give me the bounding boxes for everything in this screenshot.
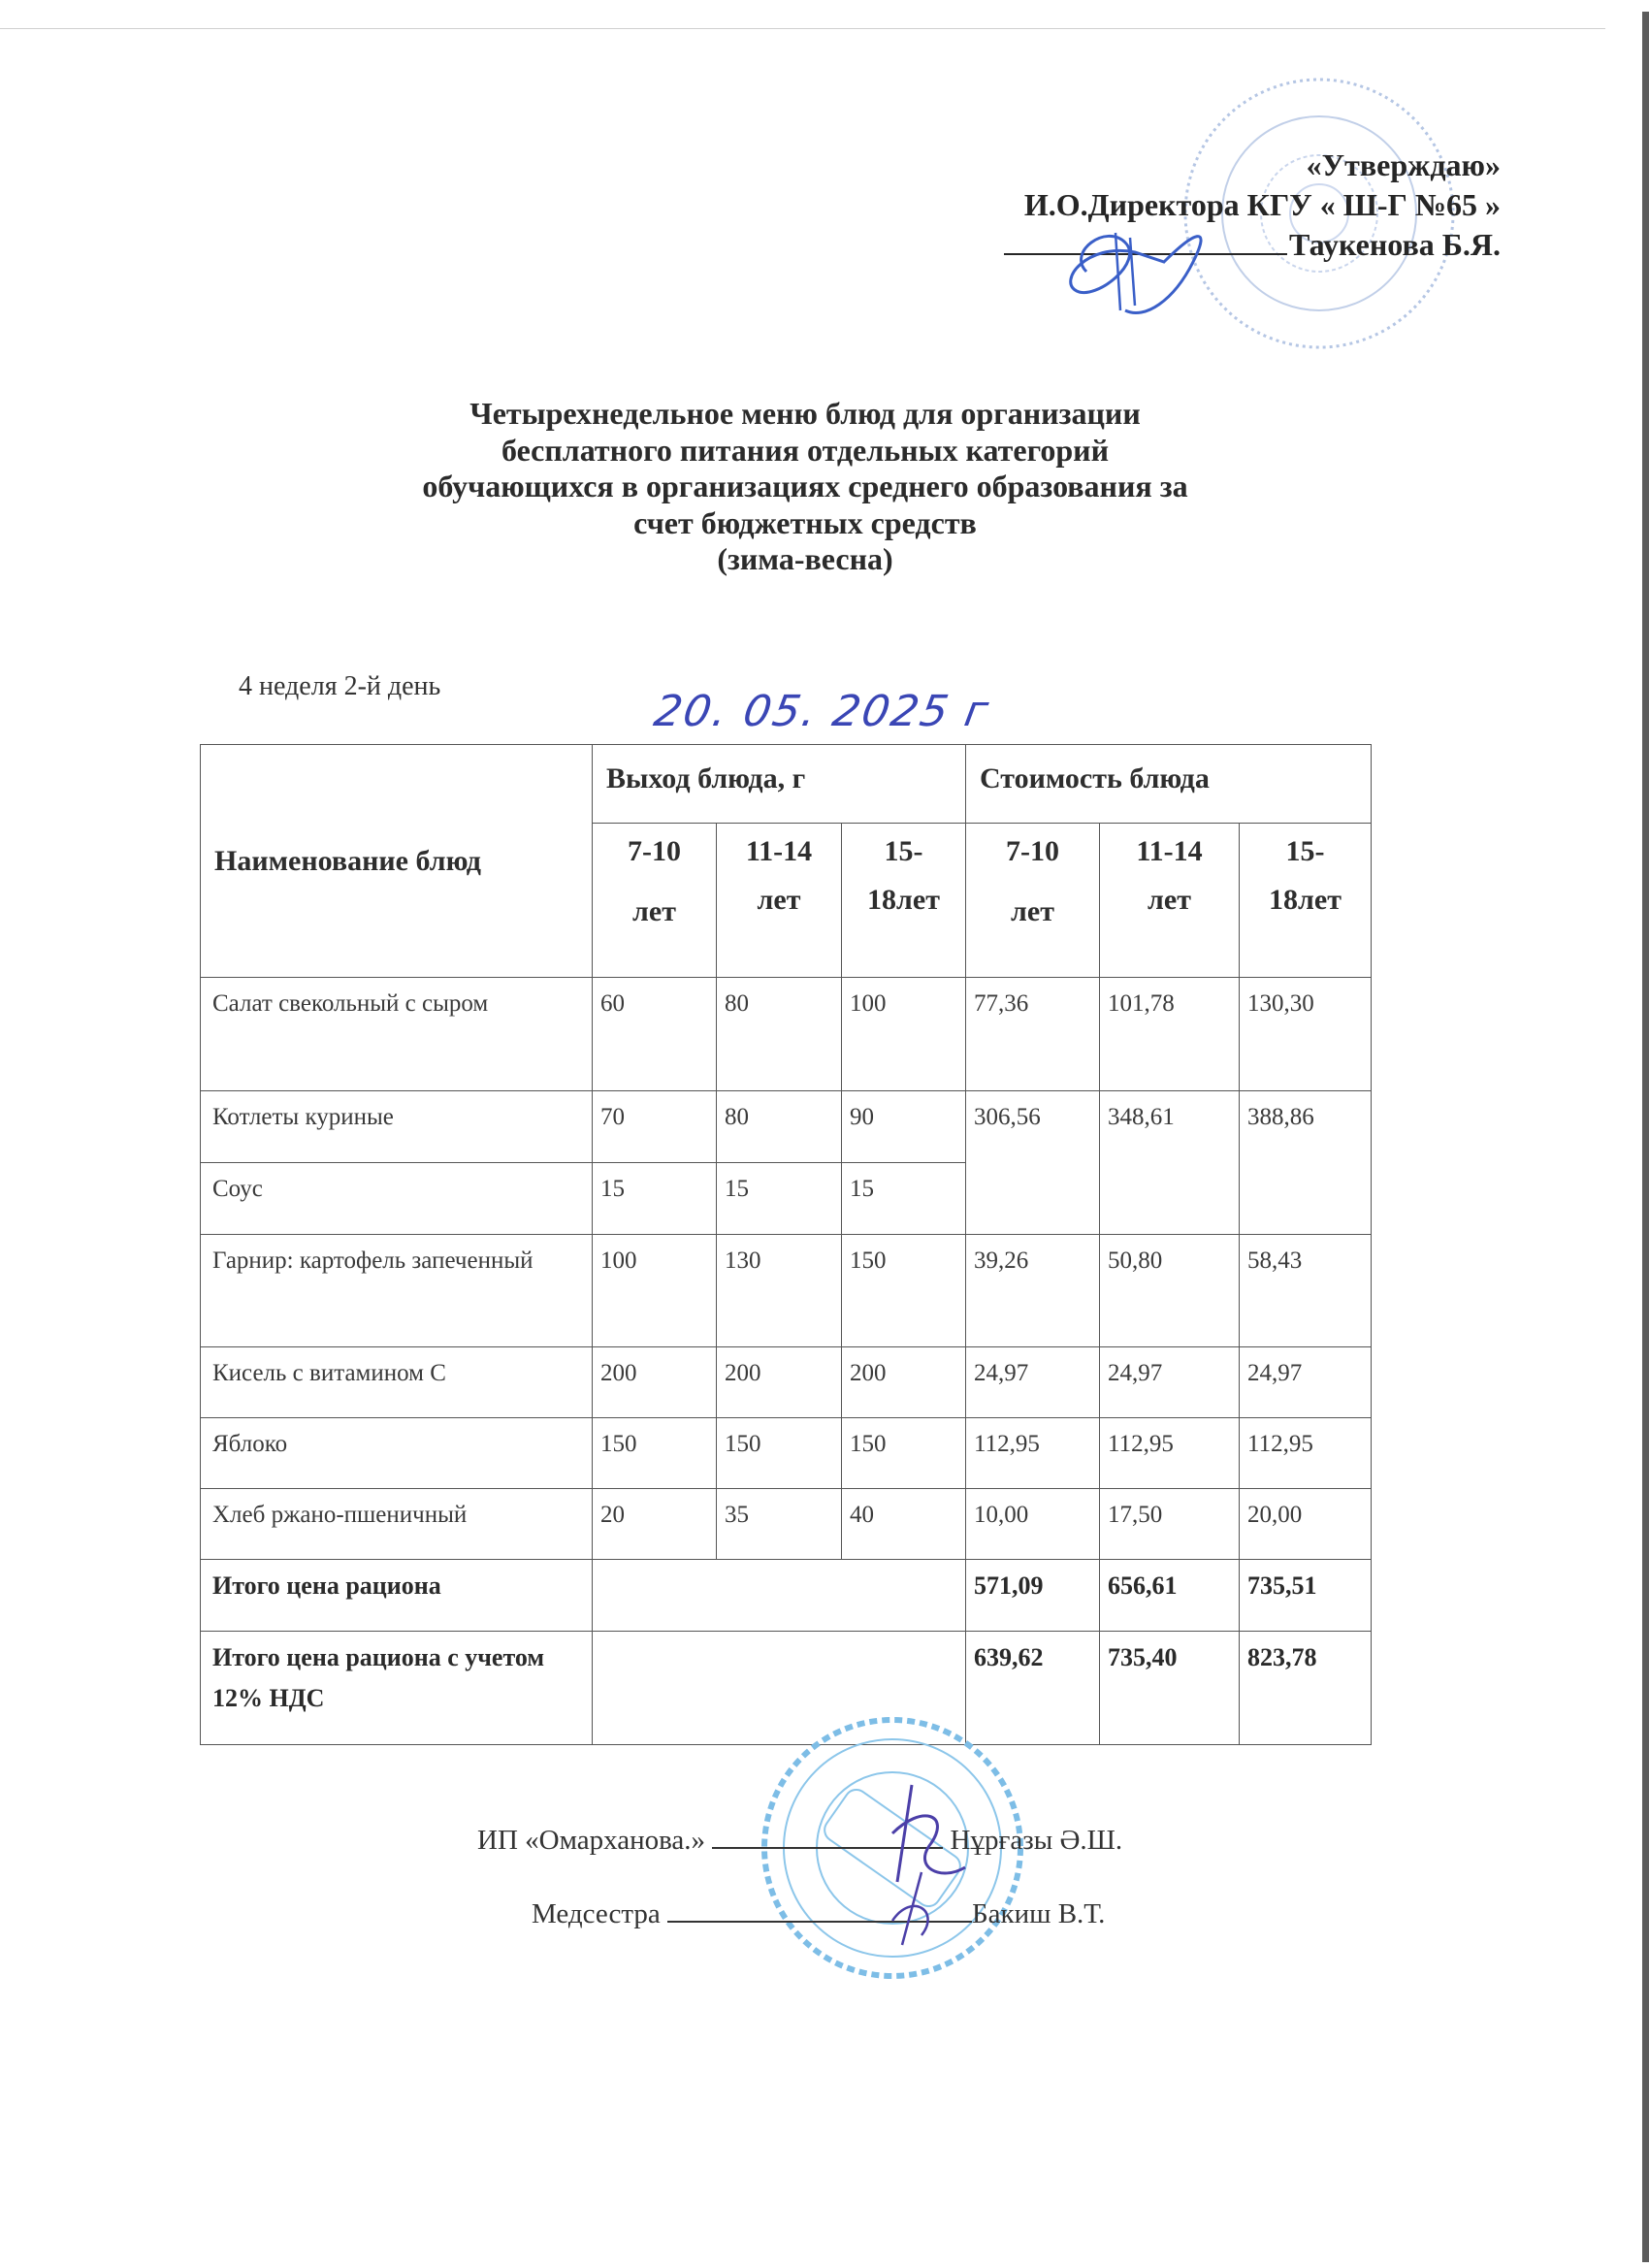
title-line: счет бюджетных средств	[320, 505, 1290, 542]
yield-cell: 150	[593, 1418, 717, 1489]
column-header-name: Наименование блюд	[201, 745, 593, 978]
cost-cell: 24,97	[966, 1347, 1100, 1418]
cost-cell: 58,43	[1240, 1235, 1372, 1347]
column-group-cost: Стоимость блюда	[966, 745, 1372, 824]
total-vat-cost-cell: 639,62	[966, 1632, 1100, 1745]
cost-cell: 112,95	[1100, 1418, 1240, 1489]
total-vat-cost-cell: 823,78	[1240, 1632, 1372, 1745]
column-header-cost-15-18: 15-18лет	[1240, 824, 1372, 978]
scan-top-rule	[0, 28, 1605, 29]
approval-position: И.О.Директора КГУ « Ш-Г №65 »	[1004, 185, 1501, 225]
table-header-row: Наименование блюд Выход блюда, г Стоимос…	[201, 745, 1372, 824]
yield-cell: 40	[842, 1489, 966, 1560]
cost-cell: 50,80	[1100, 1235, 1240, 1347]
title-season: (зима-весна)	[320, 541, 1290, 578]
column-header-cost-7-10: 7-10лет	[966, 824, 1100, 978]
yield-cell: 90	[842, 1091, 966, 1163]
total-cost-cell: 656,61	[1100, 1560, 1240, 1632]
cost-cell: 39,26	[966, 1235, 1100, 1347]
cost-cell: 10,00	[966, 1489, 1100, 1560]
yield-cell: 130	[717, 1235, 842, 1347]
yield-cell: 80	[717, 1091, 842, 1163]
yield-cell: 150	[842, 1418, 966, 1489]
signature-line	[667, 1894, 972, 1923]
cost-cell-merged: 306,56	[966, 1091, 1100, 1235]
cost-cell-merged: 348,61	[1100, 1091, 1240, 1235]
cost-cell: 101,78	[1100, 978, 1240, 1091]
column-header-yield-7-10: 7-10лет	[593, 824, 717, 978]
dish-name: Соус	[201, 1163, 593, 1235]
menu-table: Наименование блюд Выход блюда, г Стоимос…	[200, 744, 1372, 1745]
yield-cell: 70	[593, 1091, 717, 1163]
total-vat-yield-empty	[593, 1632, 966, 1745]
table-row: Котлеты куриные 70 80 90 306,56 348,61 3…	[201, 1091, 1372, 1163]
supplier-label: ИП «Омарханова.»	[477, 1825, 705, 1856]
signature-line	[1004, 226, 1287, 255]
cost-cell: 112,95	[1240, 1418, 1372, 1489]
yield-cell: 150	[717, 1418, 842, 1489]
yield-cell: 150	[842, 1235, 966, 1347]
dish-name: Котлеты куриные	[201, 1091, 593, 1163]
yield-cell: 200	[717, 1347, 842, 1418]
title-line: Четырехнедельное меню блюд для организац…	[320, 396, 1290, 433]
total-vat-row: Итого цена рациона с учетом 12% НДС 639,…	[201, 1632, 1372, 1745]
cost-cell-merged: 388,86	[1240, 1091, 1372, 1235]
yield-cell: 200	[842, 1347, 966, 1418]
yield-cell: 100	[842, 978, 966, 1091]
supplier-name: Нұрғазы Ә.Ш.	[951, 1825, 1123, 1856]
column-header-yield-11-14: 11-14лет	[717, 824, 842, 978]
yield-cell: 200	[593, 1347, 717, 1418]
yield-cell: 35	[717, 1489, 842, 1560]
yield-cell: 15	[717, 1163, 842, 1235]
dish-name: Салат свекольный с сыром	[201, 978, 593, 1091]
yield-cell: 15	[593, 1163, 717, 1235]
cost-cell: 112,95	[966, 1418, 1100, 1489]
table-row: Салат свекольный с сыром 60 80 100 77,36…	[201, 978, 1372, 1091]
total-label: Итого цена рациона	[201, 1560, 593, 1632]
nurse-label: Медсестра	[532, 1898, 661, 1929]
title-line: обучающихся в организациях среднего обра…	[320, 469, 1290, 505]
total-vat-label: Итого цена рациона с учетом 12% НДС	[201, 1632, 593, 1745]
nurse-name: Бакиш В.Т.	[972, 1898, 1105, 1929]
cost-cell: 24,97	[1100, 1347, 1240, 1418]
approval-signer: Таукенова Б.Я.	[1289, 227, 1501, 262]
approval-block: «Утверждаю» И.О.Директора КГУ « Ш-Г №65 …	[1004, 146, 1501, 265]
yield-cell: 100	[593, 1235, 717, 1347]
table-row: Хлеб ржано-пшеничный 20 35 40 10,00 17,5…	[201, 1489, 1372, 1560]
cost-cell: 77,36	[966, 978, 1100, 1091]
cost-cell: 24,97	[1240, 1347, 1372, 1418]
total-vat-cost-cell: 735,40	[1100, 1632, 1240, 1745]
total-yield-empty	[593, 1560, 966, 1632]
table-row: Яблоко 150 150 150 112,95 112,95 112,95	[201, 1418, 1372, 1489]
column-group-yield: Выход блюда, г	[593, 745, 966, 824]
nurse-signature-row: Медсестра Бакиш В.Т.	[532, 1894, 1105, 1930]
document-title: Четырехнедельное меню блюд для организац…	[320, 396, 1290, 578]
dish-name: Хлеб ржано-пшеничный	[201, 1489, 593, 1560]
cost-cell: 20,00	[1240, 1489, 1372, 1560]
approval-heading: «Утверждаю»	[1004, 146, 1501, 185]
table-row: Гарнир: картофель запеченный 100 130 150…	[201, 1235, 1372, 1347]
dish-name: Гарнир: картофель запеченный	[201, 1235, 593, 1347]
column-header-cost-11-14: 11-14лет	[1100, 824, 1240, 978]
dish-name: Яблоко	[201, 1418, 593, 1489]
cost-cell: 17,50	[1100, 1489, 1240, 1560]
signature-line	[712, 1820, 943, 1849]
handwritten-date: 20. 05. 2025 г	[651, 687, 994, 736]
yield-cell: 20	[593, 1489, 717, 1560]
total-cost-cell: 571,09	[966, 1560, 1100, 1632]
yield-cell: 60	[593, 978, 717, 1091]
yield-cell: 15	[842, 1163, 966, 1235]
supplier-signature-row: ИП «Омарханова.» Нұрғазы Ә.Ш.	[477, 1820, 1122, 1857]
cost-cell: 130,30	[1240, 978, 1372, 1091]
scan-edge-strip	[1642, 12, 1649, 2262]
dish-name: Кисель с витамином С	[201, 1347, 593, 1418]
title-line: бесплатного питания отдельных категорий	[320, 433, 1290, 470]
approval-signature-row: Таукенова Б.Я.	[1004, 225, 1501, 265]
total-row: Итого цена рациона 571,09 656,61 735,51	[201, 1560, 1372, 1632]
total-cost-cell: 735,51	[1240, 1560, 1372, 1632]
column-header-yield-15-18: 15-18лет	[842, 824, 966, 978]
table-row: Кисель с витамином С 200 200 200 24,97 2…	[201, 1347, 1372, 1418]
week-day-label: 4 неделя 2-й день	[239, 671, 440, 702]
yield-cell: 80	[717, 978, 842, 1091]
